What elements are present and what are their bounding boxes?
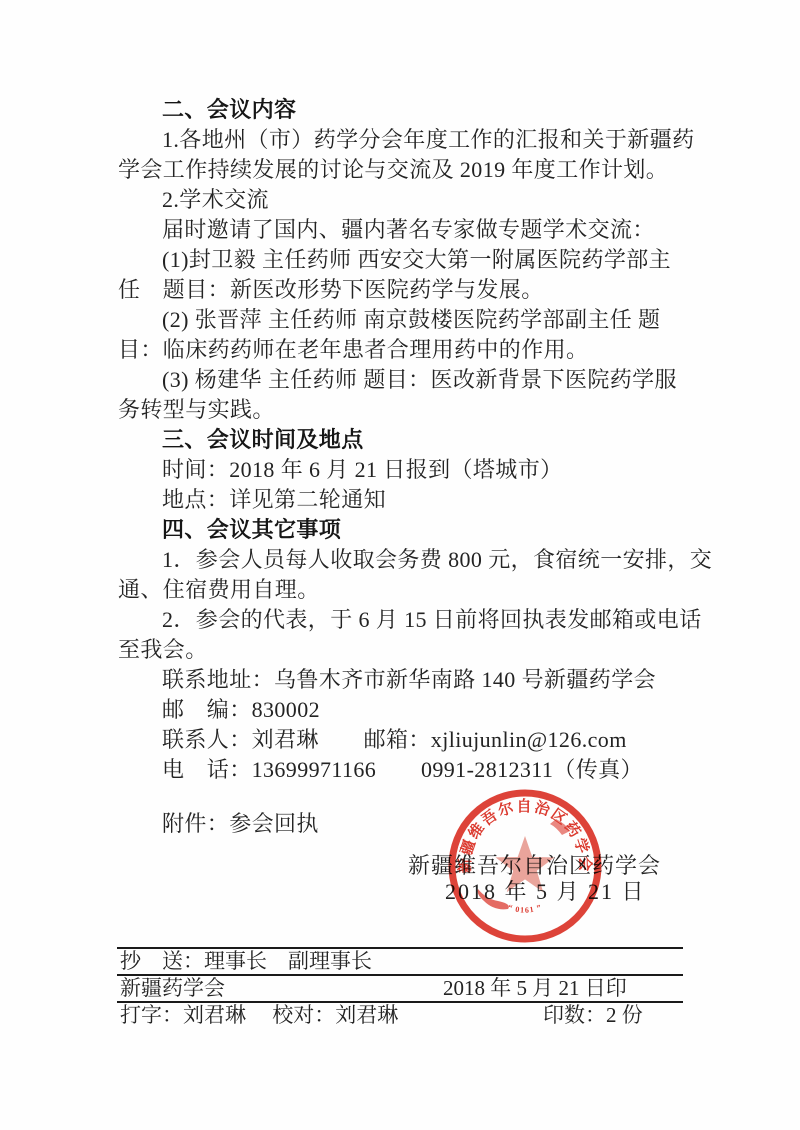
body-text-line: 务转型与实践。 <box>118 395 718 425</box>
footer-print-date: 2018 年 5 月 21 日印 <box>443 976 627 1001</box>
body-line-spacer <box>118 785 718 809</box>
body-text-line: 学会工作持续发展的讨论与交流及 2019 年度工作计划。 <box>118 155 718 185</box>
body-text-line: 任 题目：新医改形势下医院药学与发展。 <box>118 275 718 305</box>
footer-row-cc: 抄 送：理事长 副理事长 <box>117 947 683 974</box>
body-text-line: 邮 编：830002 <box>118 695 718 725</box>
body-text-line: (3) 杨建华 主任药师 题目：医改新背景下医院药学服 <box>118 365 718 395</box>
body-text-line: 附件：参会回执 <box>118 809 718 839</box>
body-text-line: (1)封卫毅 主任药师 西安交大第一附属医院药学部主 <box>118 245 718 275</box>
body-text-line: 至我会。 <box>118 635 718 665</box>
scanned-document-page: 二、会议内容1.各地州（市）药学分会年度工作的汇报和关于新疆药学会工作持续发展的… <box>0 0 800 1130</box>
body-text-line: 届时邀请了国内、疆内著名专家做专题学术交流： <box>118 215 718 245</box>
footer-typist-proofreader: 打字：刘君琳 校对：刘君琳 <box>120 1003 398 1028</box>
body-text-line: 通、住宿费用自理。 <box>118 575 718 605</box>
seal-bottom-text: “ 0161 ” <box>507 903 544 915</box>
body-text-line: 1.各地州（市）药学分会年度工作的汇报和关于新疆药 <box>118 125 718 155</box>
body-text-line: 时间：2018 年 6 月 21 日报到（塔城市） <box>118 455 718 485</box>
body-text-line: 四、会议其它事项 <box>118 515 718 545</box>
document-body: 二、会议内容1.各地州（市）药学分会年度工作的汇报和关于新疆药学会工作持续发展的… <box>118 95 718 839</box>
footer-row-issuer: 新疆药学会 2018 年 5 月 21 日印 <box>117 974 683 1001</box>
footer-table: 抄 送：理事长 副理事长 新疆药学会 2018 年 5 月 21 日印 打字：刘… <box>117 947 683 1028</box>
body-text-line: 地点：详见第二轮通知 <box>118 485 718 515</box>
seal-ink-blotch <box>478 889 509 909</box>
footer-issuer-name: 新疆药学会 <box>120 976 225 1001</box>
body-text-line: 2．参会的代表，于 6 月 15 日前将回执表发邮箱或电话 <box>118 605 718 635</box>
body-text-line: (2) 张晋萍 主任药师 南京鼓楼医院药学部副主任 题 <box>118 305 718 335</box>
body-text-line: 2.学术交流 <box>118 185 718 215</box>
body-text-line: 电 话：13699971166 0991-2812311（传真） <box>118 755 718 785</box>
body-text-line: 联系人：刘君琳 邮箱：xjliujunlin@126.com <box>118 725 718 755</box>
seal-star <box>496 836 555 892</box>
footer-cc-text: 抄 送：理事长 副理事长 <box>120 949 372 974</box>
body-text-line: 二、会议内容 <box>118 95 718 125</box>
body-text-line: 目：临床药药师在老年患者合理用药中的作用。 <box>118 335 718 365</box>
body-text-line: 1．参会人员每人收取会务费 800 元，食宿统一安排，交 <box>118 545 718 575</box>
body-text-line: 联系地址：乌鲁木齐市新华南路 140 号新疆药学会 <box>118 665 718 695</box>
official-seal: 新疆维吾尔自治区药学会 “ 0161 ” <box>438 779 612 953</box>
body-text-line: 三、会议时间及地点 <box>118 425 718 455</box>
footer-row-typist: 打字：刘君琳 校对：刘君琳 印数：2 份 <box>117 1001 683 1028</box>
footer-copies-count: 印数：2 份 <box>543 1003 643 1028</box>
